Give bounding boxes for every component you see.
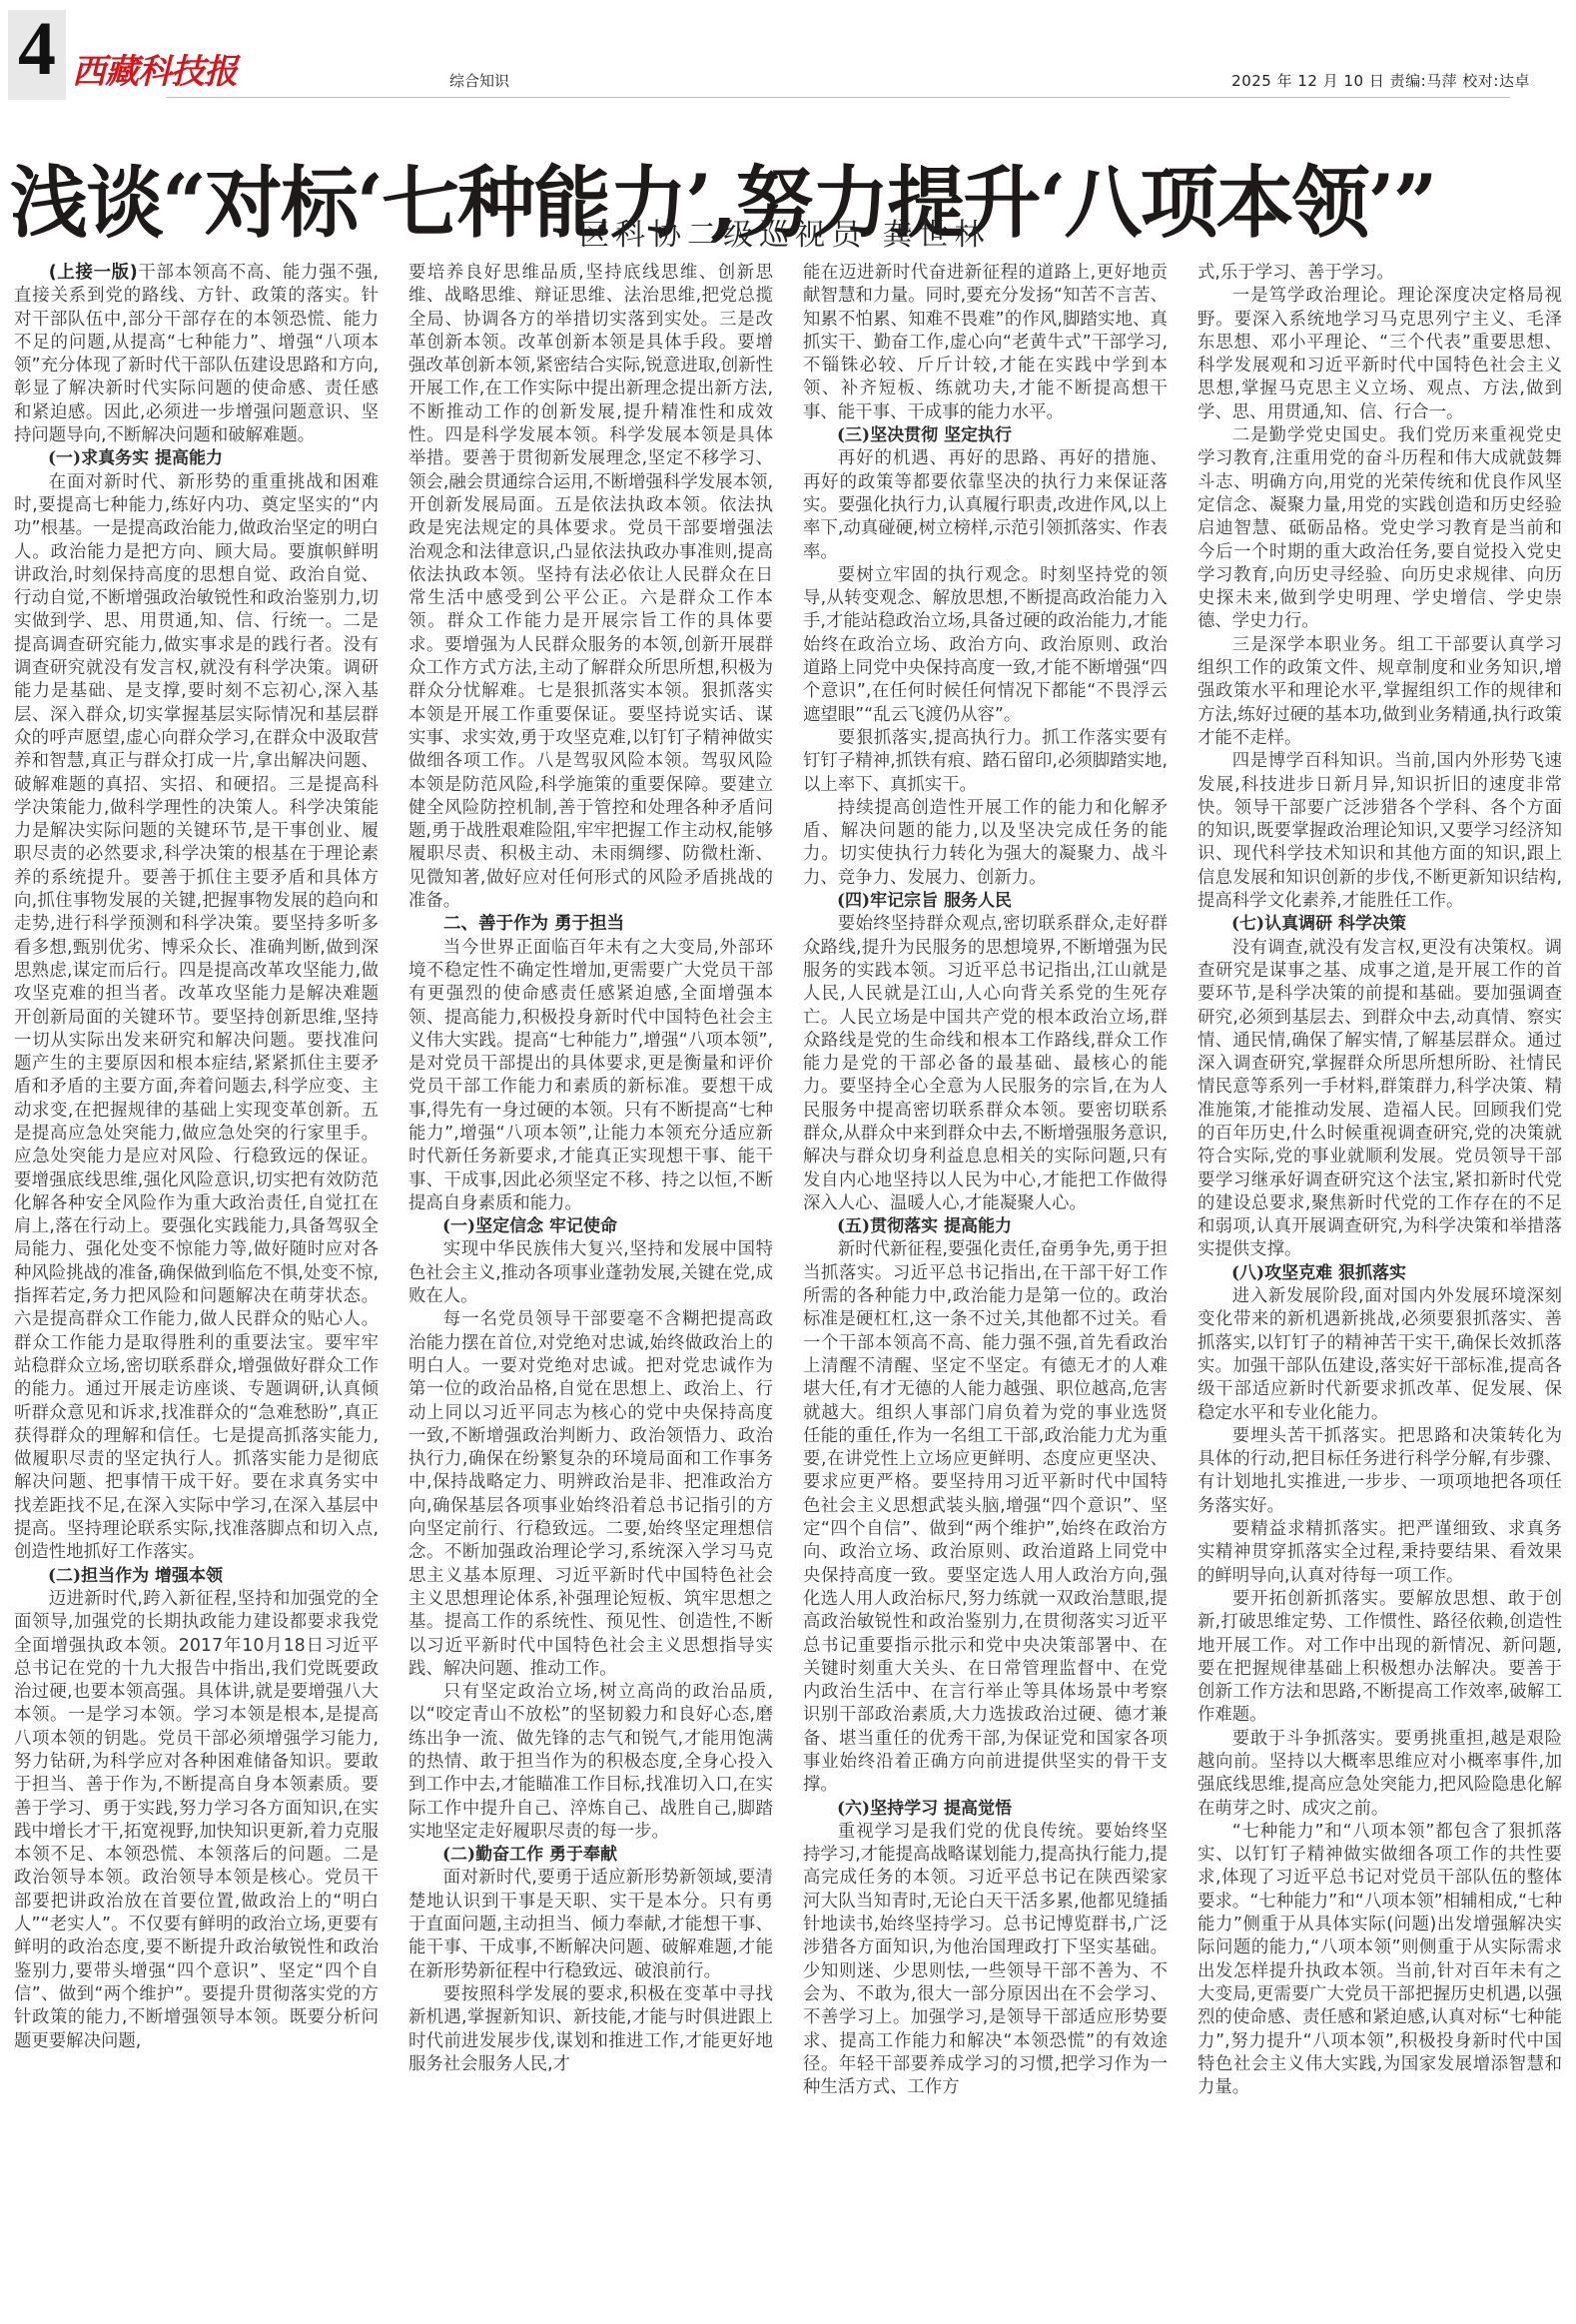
paragraph: 要敢于斗争抓落实。要勇挑重担,越是艰险越向前。坚持以大概率思维应对小概率事件,加… bbox=[1197, 1728, 1562, 1821]
issue-info: 2025 年 12 月 10 日 责编:马萍 校对:达卓 bbox=[1231, 70, 1530, 91]
paragraph: “七种能力”和“八项本领”都包含了狠抓落实、以钉钉子精神做实做细各项工作的共性要… bbox=[1197, 1821, 1562, 2100]
lead-text: 干部本领高不高、能力强不强,直接关系到党的路线、方针、政策的落实。针对干部队伍中… bbox=[14, 263, 379, 445]
masthead: 4 西藏科技报 综合知识 2025 年 12 月 10 日 责编:马萍 校对:达… bbox=[0, 0, 1576, 100]
paragraph: 进入新发展阶段,面对国内外发展环境深刻变化带来的新机遇新挑战,必须要狠抓落实、善… bbox=[1197, 1285, 1562, 1425]
section-subheading: (六)坚持学习 提高觉悟 bbox=[803, 1798, 1168, 1821]
paragraph: 要开拓创新抓落实。要解放思想、敢于创新,打破思维定势、工作惯性、路径依赖,创造性… bbox=[1197, 1588, 1562, 1728]
paragraph: 要狠抓落实,提高执行力。抓工作落实要有钉钉子精神,抓铁有痕、踏石留印,必须脚踏实… bbox=[803, 727, 1168, 797]
paragraph: 只有坚定政治立场,树立高尚的政治品质,以“咬定青山不放松”的坚韧毅力和良好心态,… bbox=[408, 1681, 773, 1844]
paragraph: 要始终坚持群众观点,密切联系群众,走好群众路线,提升为民服务的思想境界,不断增强… bbox=[803, 913, 1168, 1215]
paragraph: 要按照科学发展的要求,积极在变革中寻找新机遇,掌握新知识、新技能,才能与时俱进跟… bbox=[408, 1983, 773, 2076]
paragraph: 四是博学百科知识。当前,国内外形势飞速发展,科技进步日新月异,知识折旧的速度非常… bbox=[1197, 750, 1562, 913]
newspaper-logo: 西藏科技报 bbox=[72, 50, 237, 94]
paragraph-continued: 要培养良好思维品质,坚持底线思维、创新思维、战略思维、辩证思维、法治思维,把党总… bbox=[408, 262, 773, 913]
article-byline: 区科协二级巡视员 龚世林 bbox=[579, 210, 991, 254]
paragraph: 一是笃学政治理论。理论深度决定格局视野。要深入系统地学习马克思列宁主义、毛泽东思… bbox=[1197, 285, 1562, 424]
paragraph: 再好的机遇、再好的思路、再好的措施、再好的政策等都要依靠坚决的执行力来保证落实。… bbox=[803, 447, 1168, 563]
section-subheading: (四)牢记宗旨 服务人民 bbox=[803, 890, 1168, 913]
paragraph: 迈进新时代,跨入新征程,坚持和加强党的全面领导,加强党的长期执政能力建设都要求我… bbox=[14, 1588, 379, 2053]
section-subheading: (三)坚决贯彻 坚定执行 bbox=[803, 424, 1168, 447]
section-subheading: (七)认真调研 科学决策 bbox=[1197, 913, 1562, 936]
paragraph: 当今世界正面临百年未有之大变局,外部环境不稳定性不确定性增加,更需要广大党员干部… bbox=[408, 937, 773, 1216]
paragraph-continued: 能在迈进新时代奋进新征程的道路上,更好地贡献智慧和力量。同时,要充分发扬“知苦不… bbox=[803, 262, 1168, 424]
section-subheading: (二)勤奋工作 勇于奉献 bbox=[408, 1844, 773, 1867]
paragraph-continued: 式,乐于学习、善于学习。 bbox=[1197, 262, 1562, 285]
paragraph: 没有调查,就没有发言权,更没有决策权。调查研究是谋事之基、成事之道,是开展工作的… bbox=[1197, 937, 1562, 1262]
paragraph: 持续提高创造性开展工作的能力和化解矛盾、解决问题的能力,以及坚决完成任务的能力。… bbox=[803, 797, 1168, 890]
paragraph: 要精益求精抓落实。把严谨细致、求真务实精神贯穿抓落实全过程,秉持要结果、看效果的… bbox=[1197, 1518, 1562, 1588]
section-subheading: (一)坚定信念 牢记使命 bbox=[408, 1215, 773, 1238]
paragraph: 面对新时代,要勇于适应新形势新领域,要清楚地认识到干事是天职、实干是本分。只有勇… bbox=[408, 1867, 773, 1982]
paragraph: 二是勤学党史国史。我们党历来重视党史学习教育,注重用党的奋斗历程和伟大成就鼓舞斗… bbox=[1197, 424, 1562, 634]
column-4: 式,乐于学习、善于学习。一是笃学政治理论。理论深度决定格局视野。要深入系统地学习… bbox=[1197, 262, 1562, 2319]
lead-paragraph: (上接一版)干部本领高不高、能力强不强,直接关系到党的路线、方针、政策的落实。针… bbox=[14, 262, 379, 447]
section-subheading: (八)攻坚克难 狠抓落实 bbox=[1197, 1262, 1562, 1285]
section-heading: 二、善于作为 勇于担当 bbox=[408, 913, 773, 936]
section-subheading: (一)求真务实 提高能力 bbox=[14, 447, 379, 470]
paragraph: 每一名党员领导干部要毫不含糊把提高政治能力摆在首位,对党绝对忠诚,始终做政治上的… bbox=[408, 1308, 773, 1681]
paragraph: 要埋头苦干抓落实。把思路和决策转化为具体的行动,把目标任务进行科学分解,有步骤、… bbox=[1197, 1425, 1562, 1518]
article-body: (上接一版)干部本领高不高、能力强不强,直接关系到党的路线、方针、政策的落实。针… bbox=[14, 262, 1562, 2319]
page-number: 4 bbox=[8, 4, 66, 94]
column-3: 能在迈进新时代奋进新征程的道路上,更好地贡献智慧和力量。同时,要充分发扬“知苦不… bbox=[803, 262, 1168, 2319]
paragraph: 实现中华民族伟大复兴,坚持和发展中国特色社会主义,推动各项事业蓬勃发展,关键在党… bbox=[408, 1238, 773, 1308]
column-1: (上接一版)干部本领高不高、能力强不强,直接关系到党的路线、方针、政策的落实。针… bbox=[14, 262, 379, 2319]
paragraph: 三是深学本职业务。组工干部要认真学习组织工作的政策文件、规章制度和业务知识,增强… bbox=[1197, 634, 1562, 750]
column-2: 要培养良好思维品质,坚持底线思维、创新思维、战略思维、辩证思维、法治思维,把党总… bbox=[408, 262, 773, 2319]
header-divider bbox=[166, 97, 1510, 98]
paragraph: 重视学习是我们党的优良传统。要始终坚持学习,才能提高战略谋划能力,提高执行能力,… bbox=[803, 1821, 1168, 2100]
paragraph: 要树立牢固的执行观念。时刻坚持党的领导,从转变观念、解放思想,不断提高政治能力入… bbox=[803, 564, 1168, 727]
paragraph: 在面对新时代、新形势的重重挑战和困难时,要提高七种能力,练好内功、奠定坚实的“内… bbox=[14, 471, 379, 1565]
section-subheading: (五)贯彻落实 提高能力 bbox=[803, 1215, 1168, 1238]
section-name: 综合知识 bbox=[449, 70, 509, 91]
continued-from-tag: (上接一版) bbox=[49, 263, 138, 283]
paragraph: 新时代新征程,要强化责任,奋勇争先,勇于担当抓落实。习近平总书记指出,在干部干好… bbox=[803, 1238, 1168, 1797]
section-subheading: (二)担当作为 增强本领 bbox=[14, 1565, 379, 1588]
